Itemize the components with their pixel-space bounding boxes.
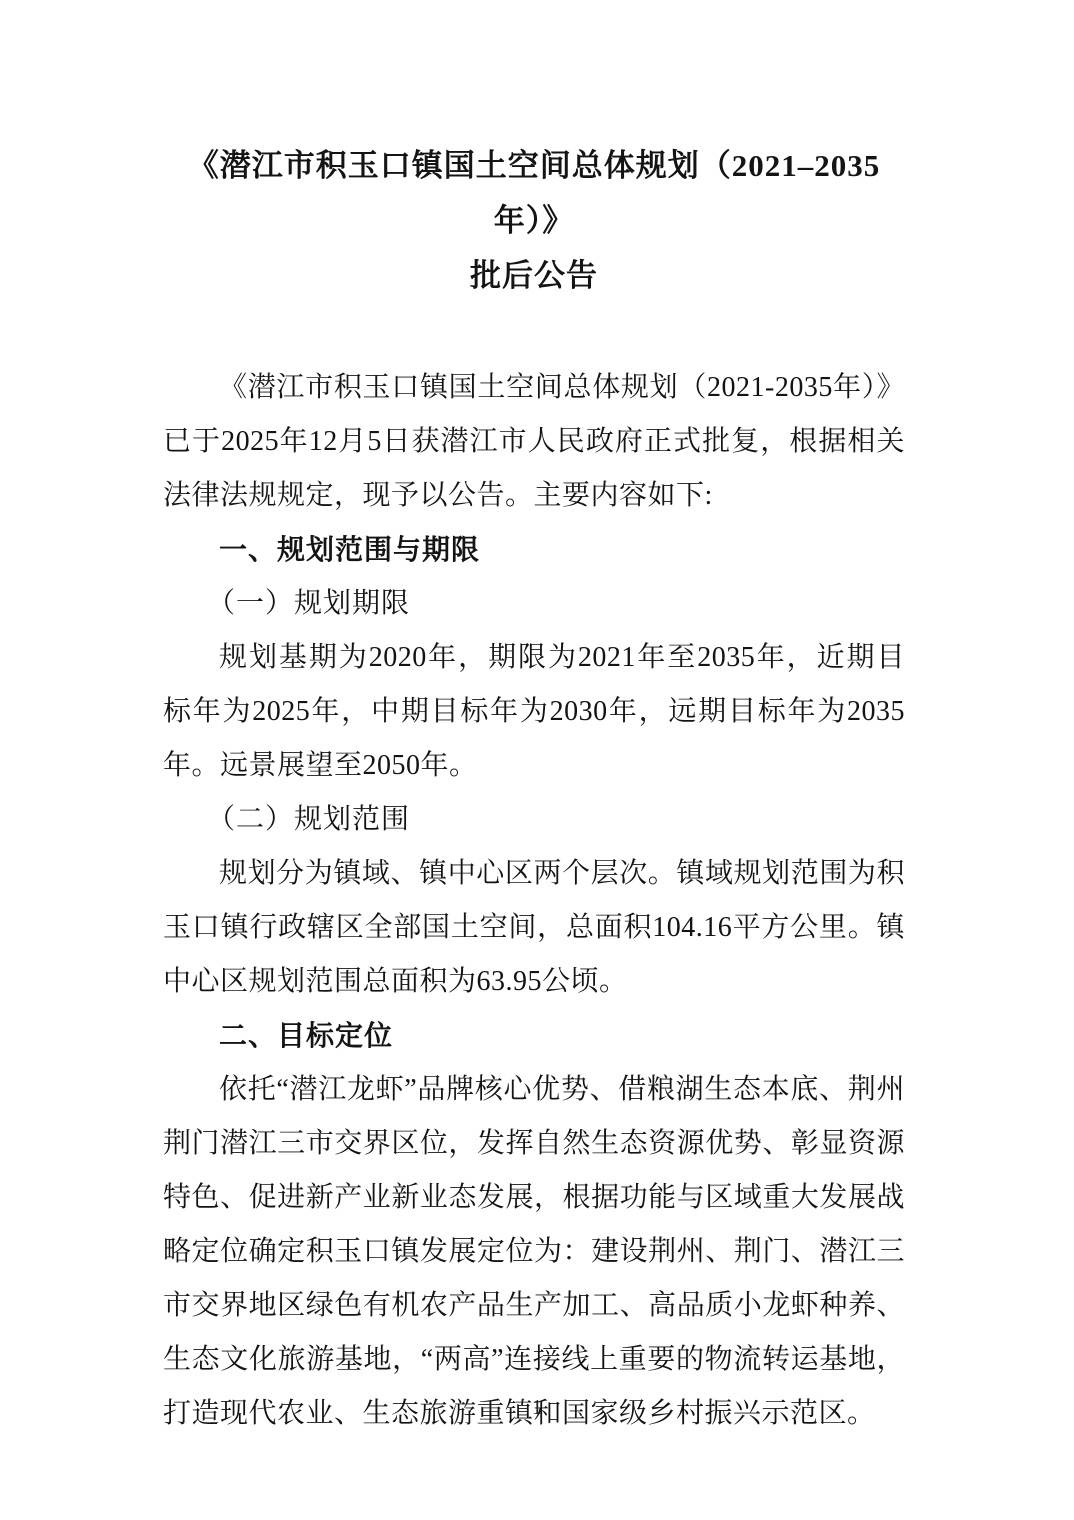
section1-sub2-paragraph: 规划分为镇域、镇中心区两个层次。镇域规划范围为积玉口镇行政辖区全部国土空间，总面… bbox=[163, 847, 905, 1009]
document-title-line2: 批后公告 bbox=[163, 248, 905, 303]
intro-paragraph: 《潜江市积玉口镇国土空间总体规划（2021-2035年）》已于2025年12月5… bbox=[163, 361, 905, 523]
section1-sub2-heading: （二）规划范围 bbox=[163, 793, 905, 847]
section1-sub1-paragraph: 规划基期为2020年，期限为2021年至2035年，近期目标年为2025年，中期… bbox=[163, 631, 905, 793]
document-content: 《潜江市积玉口镇国土空间总体规划（2021–2035年）》 批后公告 《潜江市积… bbox=[163, 138, 905, 1441]
section2-heading: 二、目标定位 bbox=[163, 1009, 905, 1063]
page-number: 1 bbox=[0, 1392, 1074, 1422]
document-page: 《潜江市积玉口镇国土空间总体规划（2021–2035年）》 批后公告 《潜江市积… bbox=[0, 0, 1074, 1520]
section1-heading: 一、规划范围与期限 bbox=[163, 523, 905, 577]
document-title: 《潜江市积玉口镇国土空间总体规划（2021–2035年）》 批后公告 bbox=[163, 138, 905, 303]
section2-paragraph: 依托“潜江龙虾”品牌核心优势、借粮湖生态本底、荆州荆门潜江三市交界区位，发挥自然… bbox=[163, 1063, 905, 1441]
section1-sub1-heading: （一）规划期限 bbox=[163, 577, 905, 631]
document-title-line1: 《潜江市积玉口镇国土空间总体规划（2021–2035年）》 bbox=[163, 138, 905, 248]
